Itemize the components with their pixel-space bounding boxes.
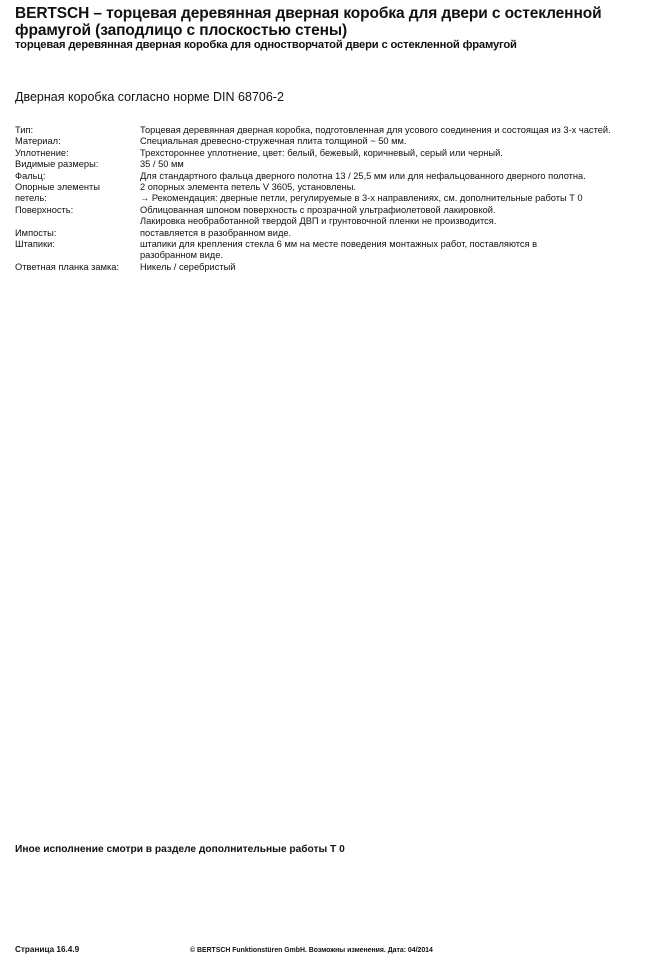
spec-value: Для стандартного фальца дверного полотна… bbox=[140, 171, 645, 182]
spec-value: Трехстороннее уплотнение, цвет: белый, б… bbox=[140, 148, 645, 159]
spec-row: Импосты: поставляется в разобранном виде… bbox=[15, 228, 645, 239]
spec-row: Материал: Специальная древесно-стружечна… bbox=[15, 136, 645, 147]
spec-label: Опорные элементы bbox=[15, 182, 140, 193]
spec-row: Видимые размеры: 35 / 50 мм bbox=[15, 159, 645, 170]
spec-value: штапики для крепления стекла 6 мм на мес… bbox=[140, 239, 645, 250]
spec-row: Фальц: Для стандартного фальца дверного … bbox=[15, 171, 645, 182]
spec-value: Облицованная шпоном поверхность с прозра… bbox=[140, 205, 645, 216]
spec-value: Лакировка необработанной твердой ДВП и г… bbox=[140, 216, 645, 227]
spec-row: Ответная планка замка: Никель / серебрис… bbox=[15, 262, 645, 273]
document-subtitle: торцевая деревянная дверная коробка для … bbox=[15, 39, 517, 52]
norm-reference: Дверная коробка согласно норме DIN 68706… bbox=[15, 90, 284, 105]
spec-row: Опорные элементы 2 опорных элемента пете… bbox=[15, 182, 645, 193]
spec-label bbox=[15, 250, 140, 261]
spec-label: Видимые размеры: bbox=[15, 159, 140, 170]
spec-label: Фальц: bbox=[15, 171, 140, 182]
spec-label: Штапики: bbox=[15, 239, 140, 250]
spec-value: разобранном виде. bbox=[140, 250, 645, 261]
spec-row: разобранном виде. bbox=[15, 250, 645, 261]
spec-label: Ответная планка замка: bbox=[15, 262, 140, 273]
page-number: Страница 16.4.9 bbox=[15, 945, 79, 955]
spec-row: петель: → Рекомендация: дверные петли, р… bbox=[15, 193, 645, 204]
spec-row: Лакировка необработанной твердой ДВП и г… bbox=[15, 216, 645, 227]
spec-value: Никель / серебристый bbox=[140, 262, 645, 273]
spec-label: Материал: bbox=[15, 136, 140, 147]
copyright-notice: © BERTSCH Funktionstüren GmbH. Возможны … bbox=[190, 946, 433, 956]
spec-value: поставляется в разобранном виде. bbox=[140, 228, 645, 239]
spec-row: Поверхность: Облицованная шпоном поверхн… bbox=[15, 205, 645, 216]
spec-label: Уплотнение: bbox=[15, 148, 140, 159]
spec-value: 2 опорных элемента петель V 3605, устано… bbox=[140, 182, 645, 193]
spec-label: Тип: bbox=[15, 125, 140, 136]
spec-row: Уплотнение: Трехстороннее уплотнение, цв… bbox=[15, 148, 645, 159]
spec-row: Тип: Торцевая деревянная дверная коробка… bbox=[15, 125, 645, 136]
alternative-version-note: Иное исполнение смотри в разделе дополни… bbox=[15, 843, 345, 856]
specifications-table: Тип: Торцевая деревянная дверная коробка… bbox=[15, 125, 645, 273]
spec-value: 35 / 50 мм bbox=[140, 159, 645, 170]
spec-value: → Рекомендация: дверные петли, регулируе… bbox=[140, 193, 645, 204]
document-title: BERTSCH – торцевая деревянная дверная ко… bbox=[15, 5, 645, 39]
spec-row: Штапики: штапики для крепления стекла 6 … bbox=[15, 239, 645, 250]
spec-label: Импосты: bbox=[15, 228, 140, 239]
spec-label: петель: bbox=[15, 193, 140, 204]
spec-value: Торцевая деревянная дверная коробка, под… bbox=[140, 125, 645, 136]
spec-label bbox=[15, 216, 140, 227]
spec-label: Поверхность: bbox=[15, 205, 140, 216]
spec-value: Специальная древесно-стружечная плита то… bbox=[140, 136, 645, 147]
